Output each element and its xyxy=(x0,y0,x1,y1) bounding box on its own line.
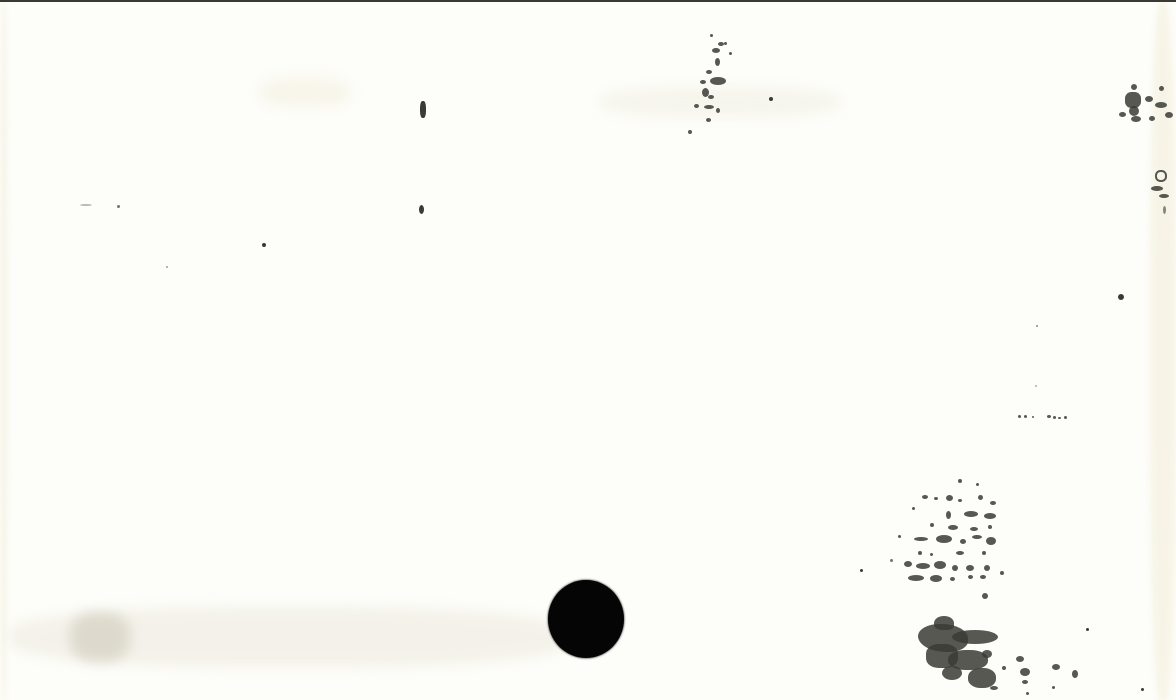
speck xyxy=(1118,294,1124,300)
speck xyxy=(117,205,120,208)
paper-surface xyxy=(0,0,1176,700)
edge-discoloration-left xyxy=(0,2,8,700)
speck xyxy=(80,204,92,206)
speck xyxy=(1036,325,1038,327)
speck xyxy=(769,97,773,101)
speck xyxy=(420,101,426,118)
smudge-bottom-left xyxy=(70,612,130,662)
speck xyxy=(1141,688,1144,691)
speck xyxy=(262,243,266,247)
speck xyxy=(166,266,168,268)
solid-black-dot xyxy=(548,580,624,658)
faint-stain-top-left xyxy=(260,77,350,107)
speck xyxy=(419,205,424,214)
speck xyxy=(860,569,863,572)
faint-stain-top xyxy=(600,87,840,117)
speck xyxy=(1086,628,1089,631)
